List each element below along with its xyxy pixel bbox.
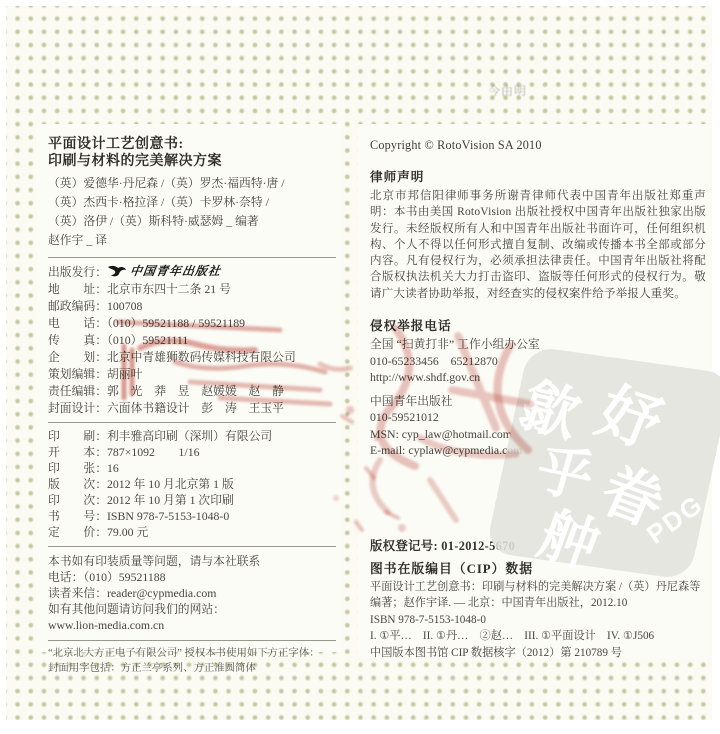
legal-heading: 律师声明: [370, 166, 704, 185]
contact-line: 如有其他问题请访问我们的网站：: [48, 601, 334, 617]
author-line: （英）爱德华·丹尼森 /（英）罗杰·福西特·唐 /: [48, 174, 334, 193]
info-row-phone: 电 话：（010）59521188 / 59521189: [48, 315, 334, 332]
info-row-duty-editor: 责任编辑：郭 光 莽 昱 赵媛媛 赵 静: [48, 383, 334, 400]
contact-website: www.lion-media.com.cn: [48, 617, 334, 633]
row-value: 100708: [107, 299, 142, 313]
cip-line: 编著；赵作宇译. — 北京：中国青年出版社，2012.10: [370, 595, 704, 612]
contact-line: 本书如有印装质量等问题，请与本社联系: [48, 553, 334, 569]
author-line: （英）洛伊 /（英）斯科特·威瑟姆 _ 编著: [48, 212, 334, 231]
row-value: 北京市东四十二条 21 号: [107, 282, 231, 296]
font-license-line: 封面用字包括：方正兰亭系列、方正准圆简体: [48, 661, 334, 676]
info-row-publisher: 出版发行：中国青年出版社: [48, 263, 334, 281]
info-row-address: 地 址：北京市东四十二条 21 号: [48, 281, 334, 298]
row-label: 版 次：: [48, 477, 107, 491]
row-label: 地 址：: [48, 282, 107, 296]
cip-line: I. ①平… II. ①丹… ②赵… III. ①平面设计 IV. ①J506: [370, 628, 704, 645]
faint-stamp-text: 今由明: [488, 82, 527, 99]
row-value: 六面体书籍设计 彭 涛 王玉平: [107, 401, 284, 415]
row-value: （010）59521111: [107, 333, 188, 347]
translator-line: 赵作宇 _ 译: [48, 231, 334, 250]
legal-statement: 北京市邦信阳律师事务所谢青律师代表中国青年出版社郑重声明：本书由美国 RotoV…: [370, 188, 706, 302]
divider: [48, 422, 336, 423]
cip-data: 平面设计工艺创意书：印刷与材料的完美解决方案 /（英）丹尼森等 编著；赵作宇译.…: [370, 579, 704, 662]
info-row-printer: 印 刷：利丰雅高印刷（深圳）有限公司: [48, 428, 334, 444]
info-row-planning-editor: 策划编辑：胡丽叶: [48, 366, 334, 383]
info-row-cover-design: 封面设计：六面体书籍设计 彭 涛 王玉平: [48, 400, 334, 417]
row-value: 北京中青雄狮数码传媒科技有限公司: [107, 350, 296, 364]
cip-line: 中国版本图书馆 CIP 数据核字（2012）第 210789 号: [370, 645, 704, 662]
cip-line: 平面设计工艺创意书：印刷与材料的完美解决方案 /（英）丹尼森等: [370, 579, 704, 596]
row-value: ISBN 978-7-5153-1048-0: [107, 509, 229, 523]
info-row-price: 定 价：79.00 元: [48, 524, 334, 540]
row-label: 传 真：: [48, 333, 107, 347]
font-license: “北京北大方正电子有限公司” 授权本书使用如下方正字体： 封面用字包括：方正兰亭…: [48, 646, 334, 676]
contact-line: 读者来信：reader@cypmedia.com: [48, 585, 334, 601]
report-line: 全国 “扫黄打非” 工作小组办公室: [370, 336, 704, 353]
row-value: 16: [107, 461, 119, 475]
row-value: 79.00 元: [107, 525, 148, 539]
row-label: 企 划：: [48, 350, 107, 364]
row-label: 出版发行：: [48, 265, 107, 279]
publisher-logo-text: 中国青年出版社: [129, 263, 222, 280]
info-row-edition: 版 次：2012 年 10 月北京第 1 版: [48, 476, 334, 492]
info-row-impression: 印 次：2012 年 10 月第 1 次印刷: [48, 492, 334, 508]
row-label: 责任编辑：: [48, 384, 107, 398]
colophon-left-column: 平面设计工艺创意书: 印刷与材料的完美解决方案 （英）爱德华·丹尼森 /（英）罗…: [36, 124, 342, 652]
printing-info: 印 刷：利丰雅高印刷（深圳）有限公司 开 本：787×1092 1/16 印 张…: [48, 428, 334, 540]
scanned-book-page: 今由明 平面设计工艺创意书: 印刷与材料的完美解决方案 （英）爱德华·丹尼森 /…: [6, 6, 712, 720]
row-label: 印 次：: [48, 493, 107, 507]
publisher-eagle-logo-icon: [107, 265, 127, 278]
author-block: （英）爱德华·丹尼森 /（英）罗杰·福西特·唐 / （英）杰西卡·格拉泽 /（英…: [48, 174, 334, 250]
row-label: 策划编辑：: [48, 367, 107, 381]
info-row-postcode: 邮政编码：100708: [48, 298, 334, 315]
info-row-isbn: 书 号：ISBN 978-7-5153-1048-0: [48, 508, 334, 524]
book-title-line1: 平面设计工艺创意书:: [48, 136, 334, 153]
author-line: （英）杰西卡·格拉泽 /（英）卡罗林·奈特 /: [48, 193, 334, 212]
info-row-fax: 传 真：（010）59521111: [48, 332, 334, 349]
contact-line: 电话：（010）59521188: [48, 569, 334, 585]
row-value: 2012 年 10 月北京第 1 版: [107, 477, 234, 491]
info-row-format: 开 本：787×1092 1/16: [48, 444, 334, 460]
divider: [48, 640, 336, 641]
font-license-line: “北京北大方正电子有限公司” 授权本书使用如下方正字体：: [48, 646, 334, 661]
book-title-line2: 印刷与材料的完美解决方案: [48, 153, 334, 170]
info-row-sheets: 印 张：16: [48, 460, 334, 476]
row-label: 封面设计：: [48, 401, 107, 415]
row-label: 电 话：: [48, 316, 107, 330]
publisher-info: 出版发行：中国青年出版社 地 址：北京市东四十二条 21 号 邮政编码：1007…: [48, 263, 334, 417]
row-label: 邮政编码：: [48, 299, 107, 313]
divider: [48, 546, 336, 547]
row-label: 印 刷：: [48, 429, 107, 443]
row-value: 利丰雅高印刷（深圳）有限公司: [107, 429, 272, 443]
cip-line: ISBN 978-7-5153-1048-0: [370, 612, 704, 629]
report-heading: 侵权举报电话: [370, 315, 704, 334]
row-value: 2012 年 10 月第 1 次印刷: [107, 493, 234, 507]
row-label: 定 价：: [48, 525, 107, 539]
row-label: 印 张：: [48, 461, 107, 475]
row-label: 开 本：: [48, 445, 107, 459]
contact-info: 本书如有印装质量等问题，请与本社联系 电话：（010）59521188 读者来信…: [48, 553, 334, 633]
divider: [48, 257, 336, 258]
row-value: 胡丽叶: [107, 367, 142, 381]
row-label: 书 号：: [48, 509, 107, 523]
info-row-planning: 企 划：北京中青雄狮数码传媒科技有限公司: [48, 349, 334, 366]
row-value: （010）59521188 / 59521189: [107, 316, 245, 330]
row-value: 郭 光 莽 昱 赵媛媛 赵 静: [107, 384, 284, 398]
library-seal-watermark: 歙 妤 乎 眷 舯: [485, 346, 720, 581]
copyright-line: Copyright © RotoVision SA 2010: [370, 138, 704, 153]
row-value: 787×1092 1/16: [107, 445, 200, 459]
